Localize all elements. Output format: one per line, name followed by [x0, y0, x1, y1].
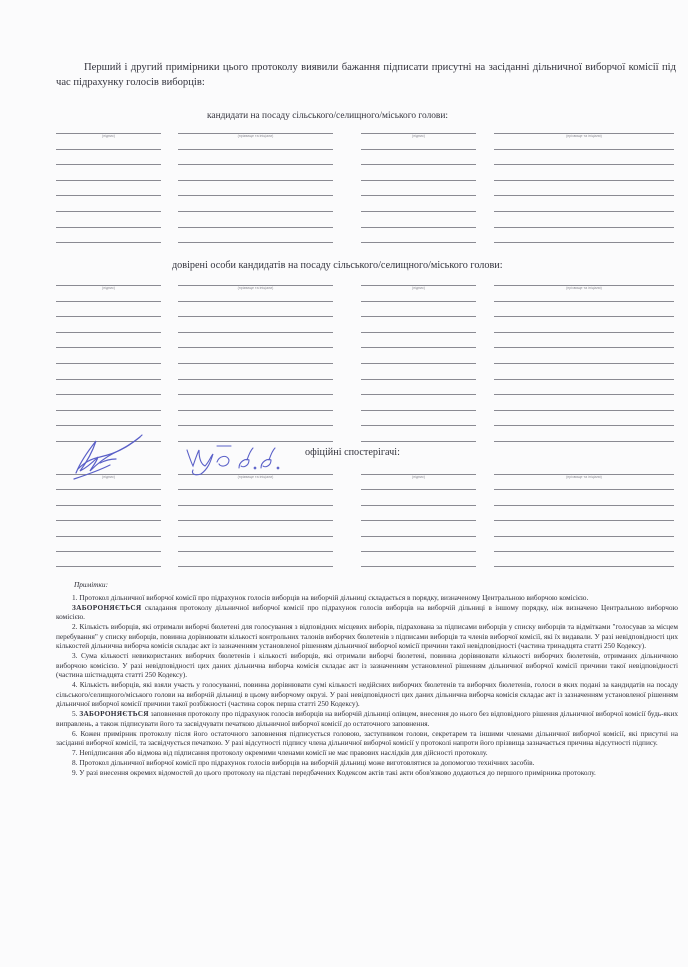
note-item: 1. Протокол дільничної виборчої комісії …	[56, 593, 678, 603]
signature-line[interactable]	[494, 551, 674, 552]
signature-line[interactable]	[494, 211, 674, 212]
section-heading-candidates: кандидати на посаду сільського/селищного…	[207, 111, 448, 121]
signature-column-1: (підпис)	[56, 474, 161, 567]
signature-line[interactable]	[494, 566, 674, 567]
signature-line[interactable]	[56, 227, 161, 228]
signature-line[interactable]	[361, 211, 476, 212]
notes-list: 1. Протокол дільничної виборчої комісії …	[56, 593, 678, 778]
signature-line[interactable]	[178, 211, 333, 212]
note-item: 5. ЗАБОРОНЯЄТЬСЯ заповнення протоколу пр…	[56, 709, 678, 728]
signature-line[interactable]	[56, 379, 161, 380]
signature-line[interactable]	[178, 332, 333, 333]
signature-line[interactable]	[361, 489, 476, 490]
signature-line[interactable]	[361, 242, 476, 243]
signature-line[interactable]	[494, 363, 674, 364]
signature-line[interactable]	[178, 394, 333, 395]
signature-line[interactable]	[361, 441, 476, 442]
signature-line[interactable]	[178, 316, 333, 317]
signature-line[interactable]	[494, 505, 674, 506]
signature-line[interactable]	[178, 505, 333, 506]
signature-line[interactable]	[494, 394, 674, 395]
note-item: 7. Непідписання або відмова від підписан…	[56, 748, 678, 758]
signature-line[interactable]	[178, 164, 333, 165]
signature-line[interactable]	[361, 536, 476, 537]
signature-line[interactable]	[56, 180, 161, 181]
signature-line[interactable]	[361, 316, 476, 317]
signature-line[interactable]	[56, 242, 161, 243]
signature-column-4: (прізвище та ініціали)	[494, 133, 674, 243]
signature-line[interactable]	[56, 149, 161, 150]
name-caption: (прізвище та ініціали)	[178, 134, 333, 139]
signature-line[interactable]	[494, 489, 674, 490]
note-item: 8. Протокол дільничної виборчої комісії …	[56, 758, 678, 768]
signature-line[interactable]	[56, 316, 161, 317]
note-item: 2. Кількість виборців, які отримали вибо…	[56, 622, 678, 651]
signature-line[interactable]	[494, 520, 674, 521]
signature-line[interactable]	[361, 520, 476, 521]
signature-line[interactable]	[56, 425, 161, 426]
name-caption: (прізвище та ініціали)	[494, 475, 674, 480]
note-item: 6. Кожен примірник протоколу після його …	[56, 729, 678, 748]
signature-line[interactable]	[56, 164, 161, 165]
signature-line[interactable]	[56, 566, 161, 567]
note-item: 4. Кількість виборців, які взяли участь …	[56, 680, 678, 709]
signature-caption: (підпис)	[361, 286, 476, 291]
note-item: 9. У разі внесення окремих відомостей до…	[56, 768, 678, 778]
signature-line[interactable]	[178, 227, 333, 228]
signature-line[interactable]	[361, 363, 476, 364]
signature-line[interactable]	[361, 379, 476, 380]
signature-caption: (підпис)	[56, 134, 161, 139]
signature-line[interactable]	[56, 520, 161, 521]
signature-column-2: (прізвище та ініціали)	[178, 474, 333, 567]
name-caption: (прізвище та ініціали)	[494, 286, 674, 291]
signature-line[interactable]	[361, 149, 476, 150]
signature-line[interactable]	[494, 316, 674, 317]
signature-column-2: (прізвище та ініціали)	[178, 285, 333, 442]
signature-column-3: (підпис)	[361, 133, 476, 243]
signature-line[interactable]	[494, 425, 674, 426]
signature-caption: (підпис)	[56, 286, 161, 291]
signature-line[interactable]	[494, 164, 674, 165]
note-emphasis: ЗАБОРОНЯЄТЬСЯ	[72, 603, 142, 612]
signature-column-4: (прізвище та ініціали)	[494, 285, 674, 442]
signature-line[interactable]	[494, 441, 674, 442]
signature-line[interactable]	[361, 425, 476, 426]
signature-line[interactable]	[494, 332, 674, 333]
signature-column-4: (прізвище та ініціали)	[494, 474, 674, 567]
signature-line[interactable]	[178, 379, 333, 380]
name-caption: (прізвище та ініціали)	[494, 134, 674, 139]
signature-line[interactable]	[56, 410, 161, 411]
signature-line[interactable]	[494, 379, 674, 380]
signature-line[interactable]	[494, 195, 674, 196]
signature-line[interactable]	[361, 551, 476, 552]
signature-line[interactable]	[494, 410, 674, 411]
notes-section: Примітки: 1. Протокол дільничної виборчо…	[56, 580, 678, 778]
name-caption: (прізвище та ініціали)	[178, 286, 333, 291]
signature-column-1: (підпис)	[56, 133, 161, 243]
signature-line[interactable]	[178, 149, 333, 150]
signature-line[interactable]	[494, 227, 674, 228]
signature-line[interactable]	[494, 301, 674, 302]
signature-line[interactable]	[178, 425, 333, 426]
signature-column-1: (підпис)	[56, 285, 161, 442]
signature-line[interactable]	[56, 505, 161, 506]
signature-line[interactable]	[361, 195, 476, 196]
signature-line[interactable]	[361, 164, 476, 165]
signature-line[interactable]	[56, 332, 161, 333]
signature-line[interactable]	[178, 551, 333, 552]
signature-line[interactable]	[361, 347, 476, 348]
signature-line[interactable]	[178, 242, 333, 243]
signature-column-3: (підпис)	[361, 474, 476, 567]
signature-line[interactable]	[361, 410, 476, 411]
intro-paragraph: Перший і другий примірники цього протоко…	[56, 60, 676, 90]
signature-line[interactable]	[56, 363, 161, 364]
signature-line[interactable]	[361, 505, 476, 506]
signature-caption: (підпис)	[361, 134, 476, 139]
signature-line[interactable]	[494, 536, 674, 537]
signature-line[interactable]	[178, 180, 333, 181]
signature-line[interactable]	[178, 410, 333, 411]
signature-line[interactable]	[361, 227, 476, 228]
signature-line[interactable]	[56, 536, 161, 537]
signature-line[interactable]	[178, 347, 333, 348]
notes-title: Примітки:	[74, 580, 678, 590]
section-heading-proxies: довірені особи кандидатів на посаду сіль…	[172, 260, 503, 271]
signature-line[interactable]	[178, 489, 333, 490]
signature-line[interactable]	[178, 520, 333, 521]
signature-line[interactable]	[361, 180, 476, 181]
signature-line[interactable]	[361, 332, 476, 333]
signature-line[interactable]	[56, 551, 161, 552]
signature-line[interactable]	[56, 347, 161, 348]
signature-caption: (підпис)	[361, 475, 476, 480]
signature-line[interactable]	[178, 301, 333, 302]
note-item: 3. Сума кількості невикористаних виборчи…	[56, 651, 678, 680]
signature-line[interactable]	[178, 195, 333, 196]
signature-line[interactable]	[56, 301, 161, 302]
handwritten-name-icon	[183, 440, 283, 478]
signature-column-2: (прізвище та ініціали)	[178, 133, 333, 243]
signature-line[interactable]	[494, 347, 674, 348]
note-item: ЗАБОРОНЯЄТЬСЯ складання протоколу дільни…	[56, 603, 678, 622]
signature-line[interactable]	[56, 211, 161, 212]
signature-line[interactable]	[178, 566, 333, 567]
signature-line[interactable]	[56, 394, 161, 395]
signature-line[interactable]	[494, 180, 674, 181]
signature-line[interactable]	[494, 149, 674, 150]
signature-line[interactable]	[361, 566, 476, 567]
signature-line[interactable]	[361, 394, 476, 395]
signature-line[interactable]	[178, 363, 333, 364]
handwritten-signature-icon	[70, 433, 150, 481]
signature-line[interactable]	[178, 536, 333, 537]
section-heading-observers: офіційні спостерігачі:	[305, 447, 400, 458]
signature-line[interactable]	[361, 301, 476, 302]
signature-line[interactable]	[56, 195, 161, 196]
signature-line[interactable]	[56, 489, 161, 490]
note-emphasis: ЗАБОРОНЯЄТЬСЯ	[79, 709, 149, 718]
signature-column-3: (підпис)	[361, 285, 476, 442]
signature-line[interactable]	[494, 242, 674, 243]
